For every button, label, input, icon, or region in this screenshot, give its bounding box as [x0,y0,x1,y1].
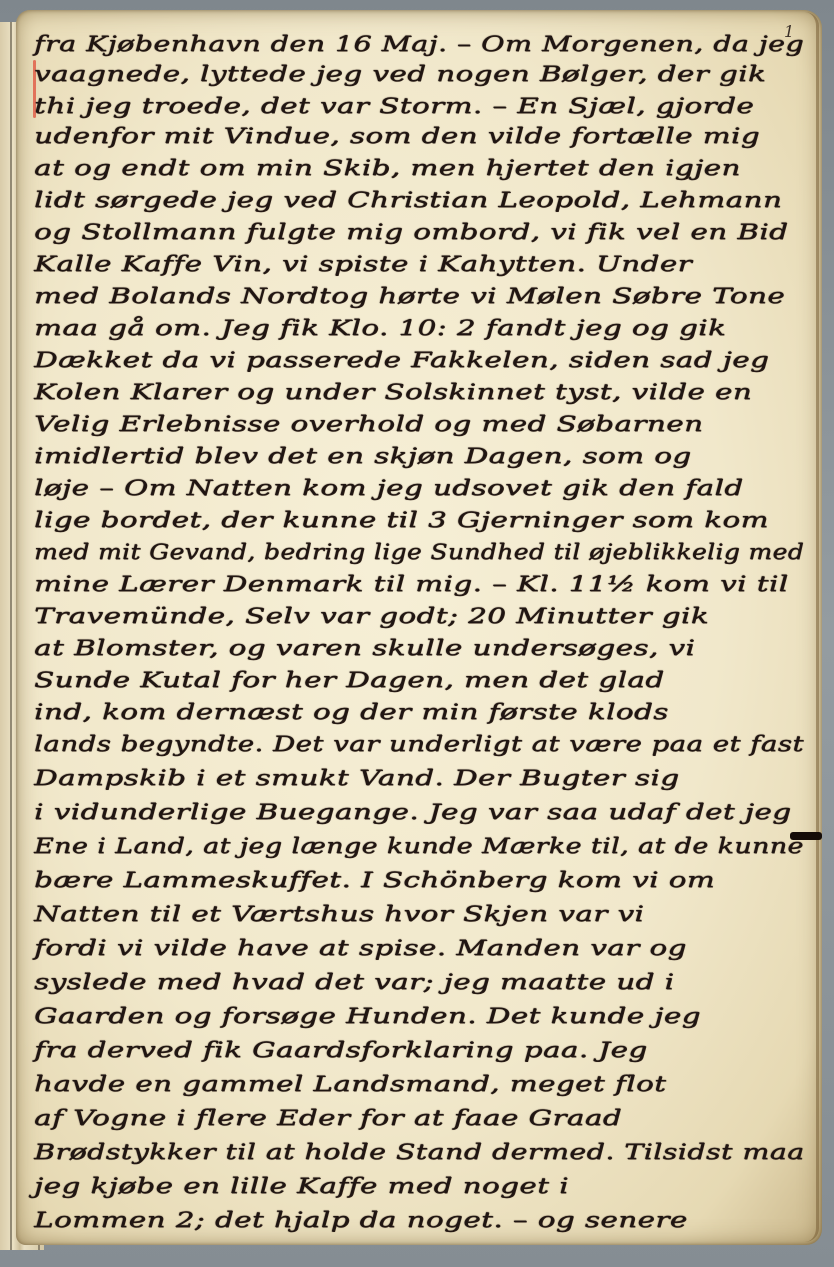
text-line: Ene i Land, at jeg længe kunde Mærke til… [34,834,804,858]
text-line: maa gå om. Jeg fik Klo. 10: 2 fandt jeg … [34,316,726,340]
text-line: udenfor mit Vindue, som den vilde fortæl… [34,124,760,148]
text-line: lands begyndte. Det var underligt at vær… [34,732,804,756]
text-line: Dampskib i et smukt Vand. Der Bugter sig [34,766,679,790]
text-line: Dækket da vi passerede Fakkelen, siden s… [34,348,769,372]
text-line: Kalle Kaffe Vin, vi spiste i Kahytten. U… [34,252,692,276]
text-line: thi jeg troede, det var Storm. – En Sjæl… [34,94,754,118]
text-line: mine Lærer Denmark til mig. – Kl. 11½ ko… [34,572,788,596]
text-line: løje – Om Natten kom jeg udsovet gik den… [34,476,743,500]
text-line: og Stollmann fulgte mig ombord, vi fik v… [34,220,788,244]
binding-line [10,22,12,1250]
text-line: fordi vi vilde have at spise. Manden var… [34,936,687,960]
text-line: at og endt om min Skib, men hjertet den … [34,156,741,180]
ink-stroke [790,832,822,840]
text-line: imidlertid blev det en skjøn Dagen, som … [34,444,691,468]
text-line: med mit Gevand, bedring lige Sundhed til… [34,540,804,564]
text-line: Travemünde, Selv var godt; 20 Minutter g… [34,604,709,628]
text-line: Velig Erlebnisse overhold og med Søbarne… [34,412,703,436]
text-line: vaagnede, lyttede jeg ved nogen Bølger, … [34,62,766,86]
text-line: Kolen Klarer og under Solskinnet tyst, v… [34,380,752,404]
text-line: ind, kom dernæst og der min første klods [34,700,669,724]
text-line: bære Lammeskuffet. I Schönberg kom vi om [34,868,715,892]
text-line: af Vogne i flere Eder for at faae Graad [34,1106,622,1130]
text-line: Gaarden og forsøge Hunden. Det kunde jeg [34,1004,701,1028]
text-line: fra Kjøbenhavn den 16 Maj. – Om Morgenen… [34,32,804,56]
text-line: med Bolands Nordtog hørte vi Mølen Søbre… [34,284,785,308]
text-line: syslede med hvad det var; jeg maatte ud … [34,970,674,994]
text-line: fra derved fik Gaardsforklaring paa. Jeg [34,1038,648,1062]
text-line: havde en gammel Landsmand, meget flot [34,1072,666,1096]
text-line: at Blomster, og varen skulle undersøges,… [34,636,695,660]
text-line: lige bordet, der kunne til 3 Gjerninger … [34,508,769,532]
text-line: lidt sørgede jeg ved Christian Leopold, … [34,188,782,212]
text-line: i vidunderlige Buegange. Jeg var saa uda… [34,800,791,824]
text-line: Brødstykker til at holde Stand dermed. T… [34,1140,805,1164]
text-line: Lommen 2; det hjalp da noget. – og sener… [34,1208,688,1232]
text-line: Natten til et Værtshus hvor Skjen var vi [34,902,644,926]
text-line: Sunde Kutal for her Dagen, men det glad [34,668,664,692]
text-line: jeg kjøbe en lille Kaffe med noget i [34,1174,569,1198]
